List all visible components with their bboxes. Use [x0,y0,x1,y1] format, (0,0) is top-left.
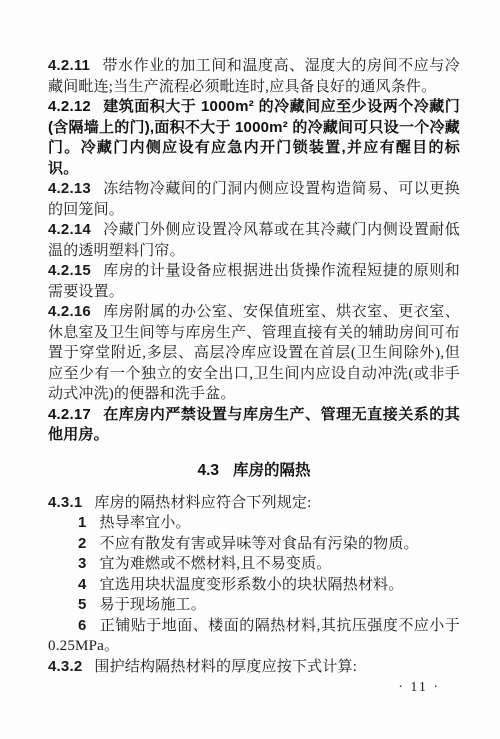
clause-text: 带水作业的加工间和温度高、湿度大的房间不应与冷藏间毗连;当生产流程必须毗连时,应… [48,58,460,95]
item-text: 宜选用块状温度变形系数小的块状隔热材料。 [100,577,404,593]
clause-number: 4.2.13 [48,180,91,197]
document-page: 4.2.11带水作业的加工间和温度高、湿度大的房间不应与冷藏间毗连;当生产流程必… [0,0,500,739]
clause-number: 4.2.12 [48,98,91,115]
clause-4-2-14: 4.2.14冷藏门外侧应设置冷风幕或在其冷藏门内侧设置耐低温的透明塑料门帘。 [48,220,460,261]
list-item-6: 6正铺贴于地面、楼面的隔热材料,其抗压强度不应小于0.25MPa。 [48,616,460,657]
section-number: 4.3 [197,462,219,479]
list-item-5: 5易于现场施工。 [48,595,460,616]
item-text: 宜为难燃或不燃材料,且不易变质。 [100,556,332,572]
clause-number: 4.2.15 [48,262,91,279]
clause-4-3-2: 4.3.2围护结构隔热材料的厚度应按下式计算: [48,657,460,678]
clause-4-2-16: 4.2.16库房附属的办公室、安保值班室、烘衣室、更衣室、休息室及卫生间等与库房… [48,302,460,405]
clause-number: 4.2.16 [48,303,91,320]
item-number: 5 [78,596,87,613]
clause-4-2-12: 4.2.12建筑面积大于 1000m² 的冷藏间应至少设两个冷藏门(含隔墙上的门… [48,97,460,179]
clause-number: 4.3.1 [48,494,82,511]
item-number: 6 [78,617,87,634]
clause-4-2-13: 4.2.13冻结物冷藏间的门洞内侧应设置构造简易、可以更换的回笼间。 [48,179,460,220]
clause-4-3-1: 4.3.1库房的隔热材料应符合下列规定: [48,493,460,514]
clause-4-2-17: 4.2.17在库房内严禁设置与库房生产、管理无直接关系的其他用房。 [48,405,460,446]
clause-number: 4.2.11 [48,57,90,74]
clause-4-2-11: 4.2.11带水作业的加工间和温度高、湿度大的房间不应与冷藏间毗连;当生产流程必… [48,56,460,97]
clause-number: 4.3.2 [48,658,82,675]
list-item-1: 1热导率宜小。 [48,513,460,534]
item-number: 4 [78,576,87,593]
list-item-2: 2不应有散发有害或异味等对食品有污染的物质。 [48,534,460,555]
clause-text: 库房的隔热材料应符合下列规定: [94,495,311,511]
clause-text: 围护结构隔热材料的厚度应按下式计算: [94,659,357,675]
clause-text: 在库房内严禁设置与库房生产、管理无直接关系的其他用房。 [48,406,460,444]
clause-number: 4.2.17 [48,406,91,423]
item-number: 2 [78,535,87,552]
section-heading: 4.3库房的隔热 [48,460,460,481]
clause-text: 冷藏门外侧应设置冷风幕或在其冷藏门内侧设置耐低温的透明塑料门帘。 [48,222,460,259]
item-text: 热导率宜小。 [100,515,191,531]
clause-text: 库房附属的办公室、安保值班室、烘衣室、更衣室、休息室及卫生间等与库房生产、管理直… [48,304,460,402]
item-number: 3 [78,555,87,572]
item-text: 不应有散发有害或异味等对食品有污染的物质。 [100,536,419,552]
item-number: 1 [78,514,87,531]
page-number: · 11 · [398,679,440,697]
clause-text: 库房的计量设备应根据进出货操作流程短捷的原则和需要设置。 [48,263,460,300]
item-text: 易于现场施工。 [100,597,206,613]
clause-text: 建筑面积大于 1000m² 的冷藏间应至少设两个冷藏门(含隔墙上的门),面积不大… [48,98,460,177]
list-item-4: 4宜选用块状温度变形系数小的块状隔热材料。 [48,575,460,596]
section-title: 库房的隔热 [233,462,311,479]
clause-4-2-15: 4.2.15库房的计量设备应根据进出货操作流程短捷的原则和需要设置。 [48,261,460,302]
item-text: 正铺贴于地面、楼面的隔热材料,其抗压强度不应小于0.25MPa。 [48,618,460,655]
clause-number: 4.2.14 [48,221,91,238]
list-item-3: 3宜为难燃或不燃材料,且不易变质。 [48,554,460,575]
clause-text: 冻结物冷藏间的门洞内侧应设置构造简易、可以更换的回笼间。 [48,181,460,218]
